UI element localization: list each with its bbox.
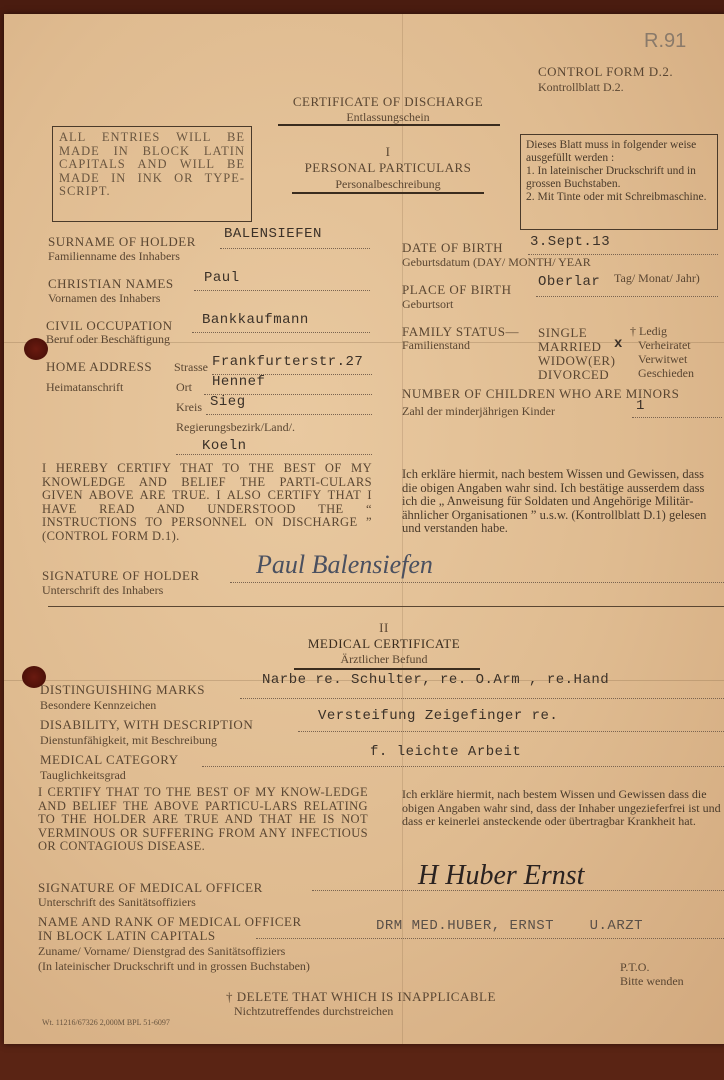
officer-signature-label-de: Unterschrift des Sanitätsoffiziers (38, 895, 196, 910)
dob-label: DATE OF BIRTH (402, 240, 503, 256)
instructions-box-de: Dieses Blatt muss in folgender weise aus… (520, 134, 718, 230)
family-status-married[interactable]: MARRIED x Verheiratet (538, 338, 615, 352)
section-2-title: MEDICAL CERTIFICATE (284, 636, 484, 652)
family-status-options: SINGLE † Ledig MARRIED x Verheiratet WID… (538, 324, 615, 380)
surname-label-de: Familienname des Inhabers (48, 249, 180, 264)
family-status-divorced[interactable]: DIVORCED Geschieden (538, 366, 615, 380)
children-label-de: Zahl der minderjährigen Kinder (402, 404, 555, 419)
medical-certification-en: I CERTIFY THAT TO THE BEST OF MY KNOW-LE… (38, 786, 368, 854)
region-value[interactable]: Koeln (202, 438, 247, 454)
punch-hole (24, 338, 48, 360)
disability-label: DISABILITY, WITH DESCRIPTION (40, 717, 253, 733)
control-form-label: CONTROL FORM D.2. (538, 64, 673, 80)
instructions-text-en: ALL ENTRIES WILL BE MADE IN BLOCK LATIN … (53, 127, 251, 203)
children-value[interactable]: 1 (636, 398, 645, 414)
dob-label-de-2: Tag/ Monat/ Jahr) (614, 271, 700, 286)
section-1-title: PERSONAL PARTICULARS (288, 160, 488, 176)
delete-note-de: Nichtzutreffendes durchstreichen (234, 1004, 393, 1019)
section-1-title-de: Personalbeschreibung (288, 177, 488, 192)
instructions-item-2: 2. Mit Tinte oder mit Schreibmaschine. (526, 191, 712, 204)
marks-label-de: Besondere Kennzeichen (40, 698, 156, 713)
control-form-label-de: Kontrollblatt D.2. (538, 80, 624, 95)
holder-certification-en: I HEREBY CERTIFY THAT TO THE BEST OF MY … (42, 462, 372, 543)
print-code: Wt. 11216/67326 2,000M BPL 51-6097 (42, 1018, 170, 1027)
certificate-title: CERTIFICATE OF DISCHARGE (270, 94, 506, 110)
pto-label: P.T.O. (620, 960, 649, 975)
street-value[interactable]: Frankfurterstr.27 (212, 354, 363, 370)
category-value[interactable]: f. leichte Arbeit (370, 744, 521, 760)
marks-value[interactable]: Narbe re. Schulter, re. O.Arm , re.Hand (262, 672, 609, 688)
disability-label-de: Dienstunfähigkeit, mit Beschreibung (40, 733, 217, 748)
dob-value[interactable]: 3.Sept.13 (530, 234, 610, 250)
certificate-title-de: Entlassungschein (270, 110, 506, 125)
town-label: Ort (176, 380, 192, 395)
home-address-label-de: Heimatanschrift (46, 380, 123, 395)
instructions-intro-de: Dieses Blatt muss in folgender weise aus… (526, 139, 712, 165)
holder-signature[interactable]: Paul Balensiefen (256, 550, 433, 580)
married-mark: x (614, 336, 623, 352)
category-label: MEDICAL CATEGORY (40, 752, 179, 768)
section-divider (48, 606, 724, 607)
pob-label: PLACE OF BIRTH (402, 282, 512, 298)
pob-label-de: Geburtsort (402, 297, 453, 312)
christian-names-label-de: Vornamen des Inhabers (48, 291, 160, 306)
christian-names-label: CHRISTIAN NAMES (48, 276, 174, 292)
officer-name-label-2: IN BLOCK LATIN CAPITALS (38, 928, 216, 944)
surname-value[interactable]: BALENSIEFEN (224, 226, 322, 242)
occupation-label-de: Beruf oder Beschäftigung (46, 332, 170, 347)
officer-signature-label: SIGNATURE OF MEDICAL OFFICER (38, 880, 263, 896)
pto-label-de: Bitte wenden (620, 974, 684, 989)
marks-label: DISTINGUISHING MARKS (40, 682, 205, 698)
officer-name-value[interactable]: DRM MED.HUBER, ERNST U.ARZT (376, 918, 643, 934)
home-address-label: HOME ADDRESS (46, 359, 152, 375)
section-1-numeral: I (288, 144, 488, 160)
pencil-note: R.91 (644, 30, 686, 53)
section-2-underline (294, 668, 480, 670)
holder-signature-label: SIGNATURE OF HOLDER (42, 568, 200, 584)
instructions-item-1: 1. In lateinischer Druckschrift und in g… (526, 165, 712, 191)
disability-value[interactable]: Versteifung Zeigefinger re. (318, 708, 558, 724)
section-1-underline (292, 192, 484, 194)
officer-signature[interactable]: H Huber Ernst (418, 860, 584, 892)
christian-names-value[interactable]: Paul (204, 270, 240, 286)
family-status-widow[interactable]: WIDOW(ER) Verwitwet (538, 352, 615, 366)
discharge-certificate-page: R.91 CONTROL FORM D.2. Kontrollblatt D.2… (4, 14, 724, 1044)
officer-name-label-de: Zuname/ Vorname/ Dienstgrad des Sanitäts… (38, 944, 285, 959)
pob-value[interactable]: Oberlar (538, 274, 600, 290)
medical-certification-de: Ich erkläre hiermit, nach bestem Wissen … (402, 788, 722, 829)
section-2-title-de: Ärztlicher Befund (284, 652, 484, 667)
section-2-numeral: II (284, 620, 484, 636)
street-label: Strasse (174, 360, 208, 375)
holder-signature-label-de: Unterschrift des Inhabers (42, 583, 163, 598)
holder-certification-de: Ich erkläre hiermit, nach bestem Wissen … (402, 468, 722, 536)
instructions-box-en: ALL ENTRIES WILL BE MADE IN BLOCK LATIN … (52, 126, 252, 222)
officer-name-label-de-2: (In lateinischer Druckschrift und in gro… (38, 959, 310, 974)
district-value[interactable]: Sieg (210, 394, 246, 410)
category-label-de: Tauglichkeitsgrad (40, 768, 126, 783)
family-status-single[interactable]: SINGLE † Ledig (538, 324, 615, 338)
surname-label: SURNAME OF HOLDER (48, 234, 196, 250)
district-label: Kreis (176, 400, 202, 415)
delete-note: † DELETE THAT WHICH IS INAPPLICABLE (226, 989, 496, 1005)
town-value[interactable]: Hennef (212, 374, 265, 390)
dob-label-de: Geburtsdatum (DAY/ MONTH/ YEAR (402, 255, 591, 270)
title-underline (278, 124, 500, 126)
region-label: Regierungsbezirk/Land/. (176, 420, 295, 435)
occupation-value[interactable]: Bankkaufmann (202, 312, 309, 328)
family-status-label-de: Familienstand (402, 338, 470, 353)
